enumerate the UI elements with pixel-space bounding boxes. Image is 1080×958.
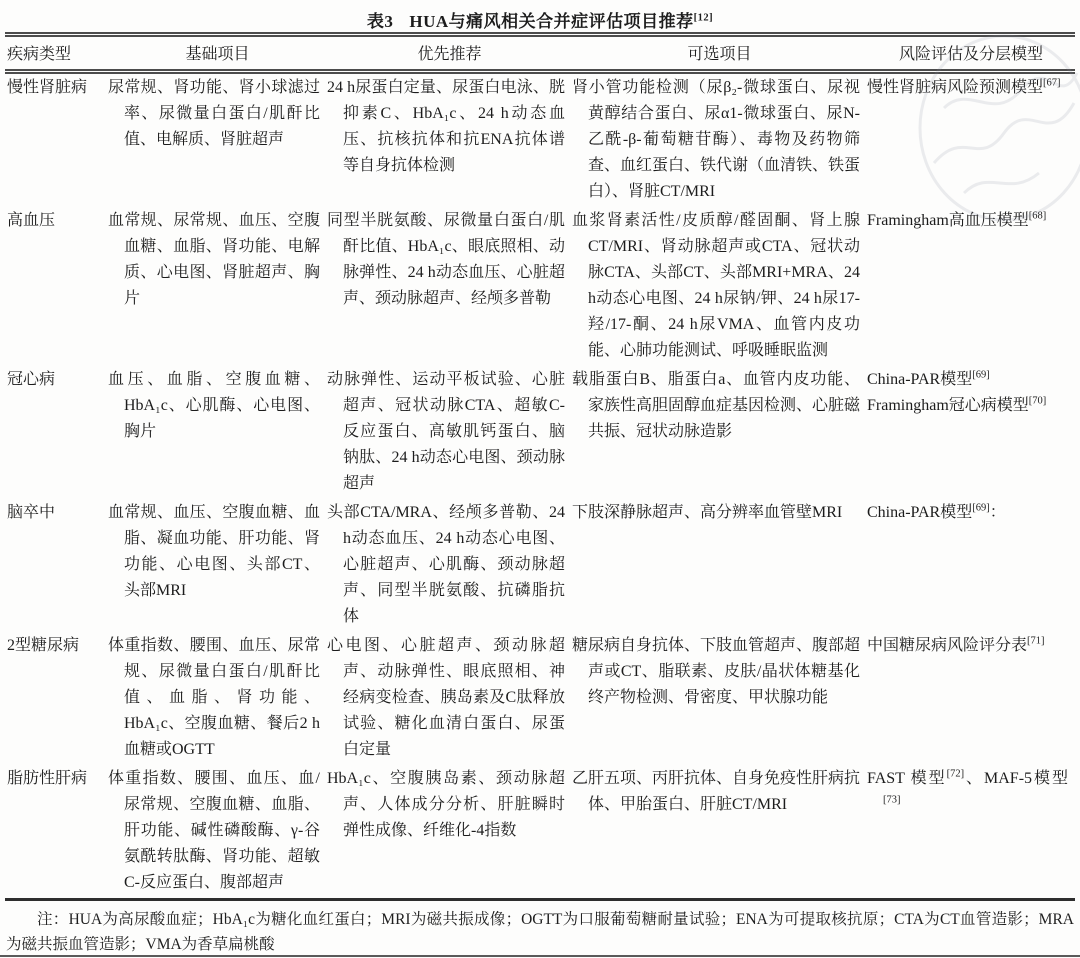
reference-superscript: [68] [1029, 211, 1047, 222]
optional-items-cell: 肾小管功能检测（尿β₂-微球蛋白、尿视黄醇结合蛋白、尿α1-微球蛋白、尿N-乙酰… [572, 75, 860, 205]
priority-items-cell: 心电图、心脏超声、颈动脉超声、动脉弹性、眼底照相、神经病变检查、胰岛素及C肽释放… [327, 633, 565, 763]
optional-items-cell: 糖尿病自身抗体、下肢血管超声、腹部超声或CT、脂联素、皮肤/晶状体糖基化终产物检… [572, 633, 860, 711]
risk-model-cell: China-PAR模型[69]： [867, 500, 1068, 526]
table-title-text: HUA与痛风相关合并症评估项目推荐 [409, 12, 693, 31]
table-title: 表3HUA与痛风相关合并症评估项目推荐[12] [0, 0, 1080, 32]
table-row: 慢性肾脏病 尿常规、肾功能、肾小球滤过率、尿微量白蛋白/肌酐比值、电解质、肾脏超… [5, 72, 1075, 208]
header-priority-items: 优先推荐 [327, 35, 572, 72]
header-risk-model: 风险评估及分层模型 [867, 35, 1075, 72]
risk-model-cell: Framingham高血压模型[68] [867, 208, 1068, 234]
risk-model-cell: 中国糖尿病风险评分表[71] [867, 633, 1068, 659]
disease-name: 脑卒中 [7, 500, 101, 526]
header-optional-items: 可选项目 [572, 35, 867, 72]
basic-items-cell: 体重指数、腰围、血压、尿常规、尿微量白蛋白/肌酐比值、血脂、肾功能、HbA₁c、… [108, 633, 320, 763]
priority-items-cell: 同型半胱氨酸、尿微量白蛋白/肌酐比值、HbA₁c、眼底照相、动脉弹性、24 h动… [327, 208, 565, 312]
disease-name: 2型糖尿病 [7, 633, 101, 659]
priority-items-cell: 动脉弹性、运动平板试验、心脏超声、冠状动脉CTA、超敏C-反应蛋白、高敏肌钙蛋白… [327, 367, 565, 497]
basic-items-cell: 血常规、尿常规、血压、空腹血糖、血脂、肾功能、电解质、心电图、肾脏超声、胸片 [108, 208, 320, 312]
table-footnote: 注：HUA为高尿酸血症；HbA₁c为糖化血红蛋白；MRI为磁共振成像；OGTT为… [6, 907, 1074, 957]
paper-table-page: 表3HUA与痛风相关合并症评估项目推荐[12] 疾病类型 基础项目 优先推荐 可… [0, 0, 1080, 958]
priority-items-cell: 头部CTA/MRA、经颅多普勒、24 h动态血压、24 h动态心电图、心脏超声、… [327, 500, 565, 630]
optional-items-cell: 下肢深静脉超声、高分辨率血管壁MRI [572, 500, 860, 526]
basic-items-cell: 体重指数、腰围、血压、血/尿常规、空腹血糖、血脂、肝功能、碱性磷酸酶、γ-谷氨酰… [108, 766, 320, 896]
reference-superscript: [71] [1027, 636, 1045, 647]
priority-items-cell: HbA₁c、空腹胰岛素、颈动脉超声、人体成分分析、肝脏瞬时弹性成像、纤维化-4指… [327, 766, 565, 844]
basic-items-cell: 尿常规、肾功能、肾小球滤过率、尿微量白蛋白/肌酐比值、电解质、肾脏超声 [108, 75, 320, 153]
reference-superscript: [69] [972, 370, 990, 381]
reference-superscript: [69] [972, 503, 990, 514]
priority-items-cell: 24 h尿蛋白定量、尿蛋白电泳、胱抑素C、HbA₁c、24 h动态血压、抗核抗体… [327, 75, 565, 179]
optional-items-cell: 乙肝五项、丙肝抗体、自身免疫性肝病抗体、甲胎蛋白、肝脏CT/MRI [572, 766, 860, 818]
basic-items-cell: 血压、血脂、空腹血糖、HbA₁c、心肌酶、心电图、胸片 [108, 367, 320, 445]
reference-superscript: [72] [947, 769, 965, 780]
header-basic-items: 基础项目 [108, 35, 327, 72]
risk-model-cell: China-PAR模型[69] Framingham冠心病模型[70] [867, 366, 1075, 499]
header-row: 疾病类型 基础项目 优先推荐 可选项目 风险评估及分层模型 [5, 35, 1075, 72]
reference-superscript: [67] [1043, 78, 1061, 89]
comorbidity-assessment-table: 疾病类型 基础项目 优先推荐 可选项目 风险评估及分层模型 慢性肾脏病 尿常规、… [5, 32, 1075, 901]
disease-name: 高血压 [7, 208, 101, 234]
table-row: 脂肪性肝病 体重指数、腰围、血压、血/尿常规、空腹血糖、血脂、肝功能、碱性磷酸酶… [5, 765, 1075, 900]
risk-model-cell: 慢性肾脏病风险预测模型[67] [867, 75, 1068, 101]
disease-name: 慢性肾脏病 [7, 75, 101, 101]
basic-items-cell: 血常规、血压、空腹血糖、血脂、凝血功能、肝功能、肾功能、心电图、头部CT、头部M… [108, 500, 320, 604]
header-disease-type: 疾病类型 [5, 35, 108, 72]
table-number: 表3 [367, 12, 394, 31]
table-row: 2型糖尿病 体重指数、腰围、血压、尿常规、尿微量白蛋白/肌酐比值、血脂、肾功能、… [5, 632, 1075, 765]
reference-superscript: [73] [883, 795, 901, 806]
reference-superscript: [70] [1029, 396, 1047, 407]
disease-name: 脂肪性肝病 [7, 766, 101, 792]
optional-items-cell: 血浆肾素活性/皮质醇/醛固酮、肾上腺CT/MRI、肾动脉超声或CTA、冠状动脉C… [572, 208, 860, 364]
table-row: 脑卒中 血常规、血压、空腹血糖、血脂、凝血功能、肝功能、肾功能、心电图、头部CT… [5, 499, 1075, 632]
optional-items-cell: 载脂蛋白B、脂蛋白a、血管内皮功能、家族性高胆固醇血症基因检测、心脏磁共振、冠状… [572, 367, 860, 445]
disease-name: 冠心病 [7, 367, 101, 393]
table-row: 高血压 血常规、尿常规、血压、空腹血糖、血脂、肾功能、电解质、心电图、肾脏超声、… [5, 207, 1075, 366]
table-row: 冠心病 血压、血脂、空腹血糖、HbA₁c、心肌酶、心电图、胸片 动脉弹性、运动平… [5, 366, 1075, 499]
risk-model-cell: FAST 模型[72]、MAF-5模型[73] [867, 766, 1068, 818]
model-suffix: ： [990, 504, 1006, 521]
page-bottom-rule [0, 955, 1080, 957]
title-reference-superscript: [12] [694, 12, 714, 23]
